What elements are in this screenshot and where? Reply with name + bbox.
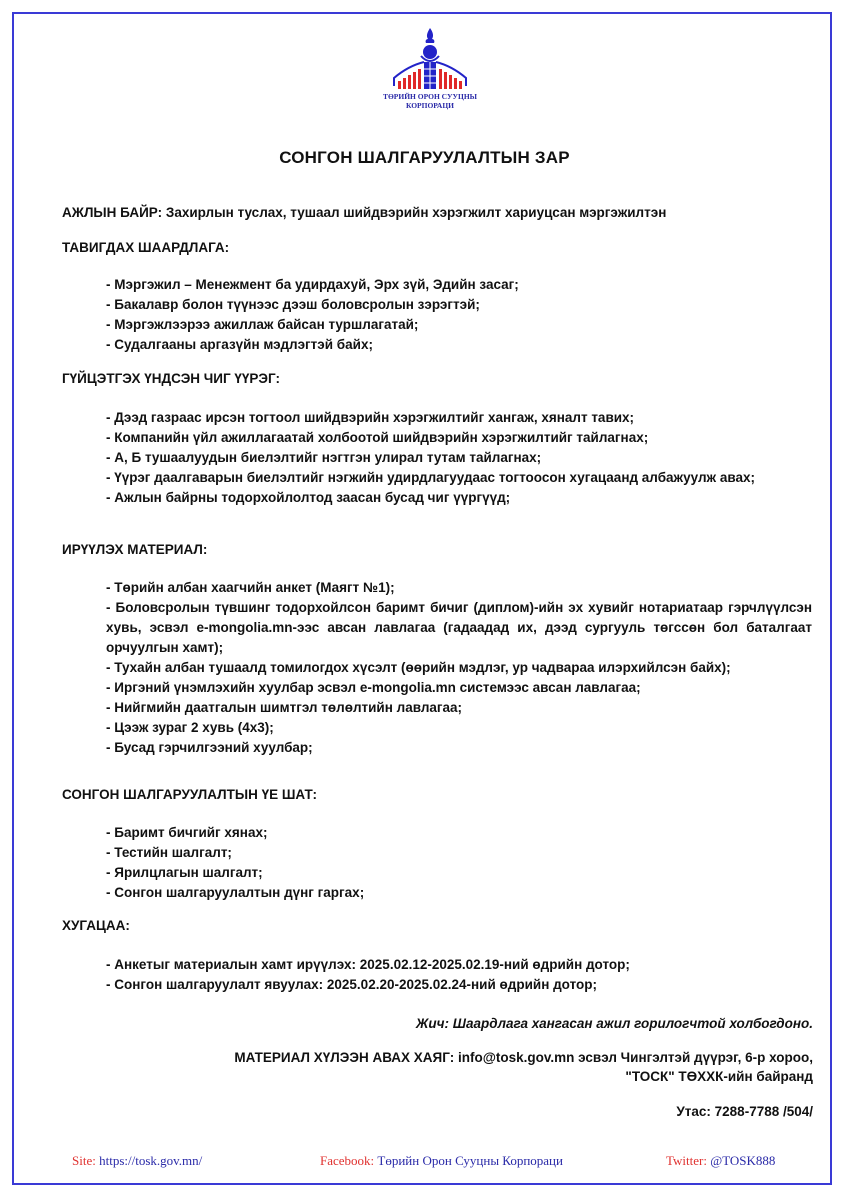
facebook-label: Facebook: xyxy=(320,1153,374,1168)
list-item: - Компанийн үйл ажиллагаатай холбоотой ш… xyxy=(106,428,812,448)
list-item: - Сонгон шалгаруулалтын дүнг гаргах; xyxy=(106,883,812,903)
list-item: - Сонгон шалгаруулалт явуулах: 2025.02.2… xyxy=(106,975,812,995)
footer-facebook[interactable]: Facebook: Төрийн Орон Сууцны Корпораци xyxy=(320,1153,563,1169)
duties-heading: ГҮЙЦЭТГЭХ ҮНДСЭН ЧИГ ҮҮРЭГ: xyxy=(62,369,280,388)
list-item: - Дээд газраас ирсэн тогтоол шийдвэрийн … xyxy=(106,408,812,428)
list-item: - Анкетыг материалын хамт ирүүлэх: 2025.… xyxy=(106,955,812,975)
logo-caption: ТӨРИЙН ОРОН СУУЦНЫ КОРПОРАЦИ xyxy=(378,92,482,110)
duties-list: - Дээд газраас ирсэн тогтоол шийдвэрийн … xyxy=(106,408,812,508)
stages-heading: СОНГОН ШАЛГАРУУЛАЛТЫН ҮЕ ШАТ: xyxy=(62,785,317,804)
address-line1: МАТЕРИАЛ ХҮЛЭЭН АВАХ ХАЯГ: info@tosk.gov… xyxy=(234,1048,813,1067)
materials-heading: ИРҮҮЛЭХ МАТЕРИАЛ: xyxy=(62,540,207,559)
list-item: - Бакалавр болон түүнээс дээш боловсролы… xyxy=(106,295,812,315)
footer-twitter[interactable]: Twitter: @TOSK888 xyxy=(666,1153,775,1169)
address: МАТЕРИАЛ ХҮЛЭЭН АВАХ ХАЯГ: info@tosk.gov… xyxy=(234,1048,813,1086)
requirements-list: - Мэргэжил – Менежмент ба удирдахуй, Эрх… xyxy=(106,275,812,355)
footer-site[interactable]: Site: https://tosk.gov.mn/ xyxy=(72,1153,202,1169)
logo-caption-line1: ТӨРИЙН ОРОН СУУЦНЫ xyxy=(378,92,482,101)
list-item: - Цээж зураг 2 хувь (4x3); xyxy=(106,718,812,738)
list-item: - Боловсролын түвшинг тодорхойлсон барим… xyxy=(106,598,812,658)
list-item: - Ажлын байрны тодорхойлолтод заасан бус… xyxy=(106,488,812,508)
list-item: - А, Б тушаалуудын биелэлтийг нэгтгэн ул… xyxy=(106,448,812,468)
page-title: СОНГОН ШАЛГАРУУЛАЛТЫН ЗАР xyxy=(0,148,849,168)
list-item: - Баримт бичгийг хянах; xyxy=(106,823,812,843)
list-item: - Тухайн албан тушаалд томилогдох хүсэлт… xyxy=(106,658,812,678)
twitter-label: Twitter: xyxy=(666,1153,707,1168)
logo-caption-line2: КОРПОРАЦИ xyxy=(378,101,482,110)
list-item: - Судалгааны аргазүйн мэдлэгтэй байх; xyxy=(106,335,812,355)
list-item: - Мэргэжлээрээ ажиллаж байсан туршлагата… xyxy=(106,315,812,335)
list-item: - Бусад гэрчилгээний хуулбар; xyxy=(106,738,812,758)
materials-list: - Төрийн албан хаагчийн анкет (Маягт №1)… xyxy=(106,578,812,758)
note: Жич: Шаардлага хангасан ажил горилогчтой… xyxy=(416,1014,813,1033)
site-link[interactable]: https://tosk.gov.mn/ xyxy=(99,1153,202,1168)
list-item: - Тестийн шалгалт; xyxy=(106,843,812,863)
tosk-logo-icon xyxy=(378,26,482,92)
list-item: - Мэргэжил – Менежмент ба удирдахуй, Эрх… xyxy=(106,275,812,295)
list-item: - Үүрэг даалгаварын биелэлтийг нэгжийн у… xyxy=(106,468,812,488)
facebook-link[interactable]: Төрийн Орон Сууцны Корпораци xyxy=(377,1153,563,1168)
deadline-list: - Анкетыг материалын хамт ирүүлэх: 2025.… xyxy=(106,955,812,995)
position-value: Захирлын туслах, тушаал шийдвэрийн хэрэг… xyxy=(166,205,666,220)
position-label: АЖЛЫН БАЙР: xyxy=(62,205,162,220)
position-line: АЖЛЫН БАЙР: Захирлын туслах, тушаал шийд… xyxy=(62,203,666,222)
site-label: Site: xyxy=(72,1153,96,1168)
list-item: - Иргэний үнэмлэхийн хуулбар эсвэл e-mon… xyxy=(106,678,812,698)
phone: Утас: 7288-7788 /504/ xyxy=(676,1102,813,1121)
stages-list: - Баримт бичгийг хянах; - Тестийн шалгал… xyxy=(106,823,812,903)
list-item: - Ярилцлагын шалгалт; xyxy=(106,863,812,883)
requirements-heading: ТАВИГДАХ ШААРДЛАГА: xyxy=(62,238,229,257)
tosk-logo: ТӨРИЙН ОРОН СУУЦНЫ КОРПОРАЦИ xyxy=(378,26,482,122)
address-line2: "ТОСК" ТӨХХК-ийн байранд xyxy=(234,1067,813,1086)
list-item: - Нийгмийн даатгалын шимтгэл төлөлтийн л… xyxy=(106,698,812,718)
deadline-heading: ХУГАЦАА: xyxy=(62,916,130,935)
list-item: - Төрийн албан хаагчийн анкет (Маягт №1)… xyxy=(106,578,812,598)
twitter-link[interactable]: @TOSK888 xyxy=(710,1153,775,1168)
